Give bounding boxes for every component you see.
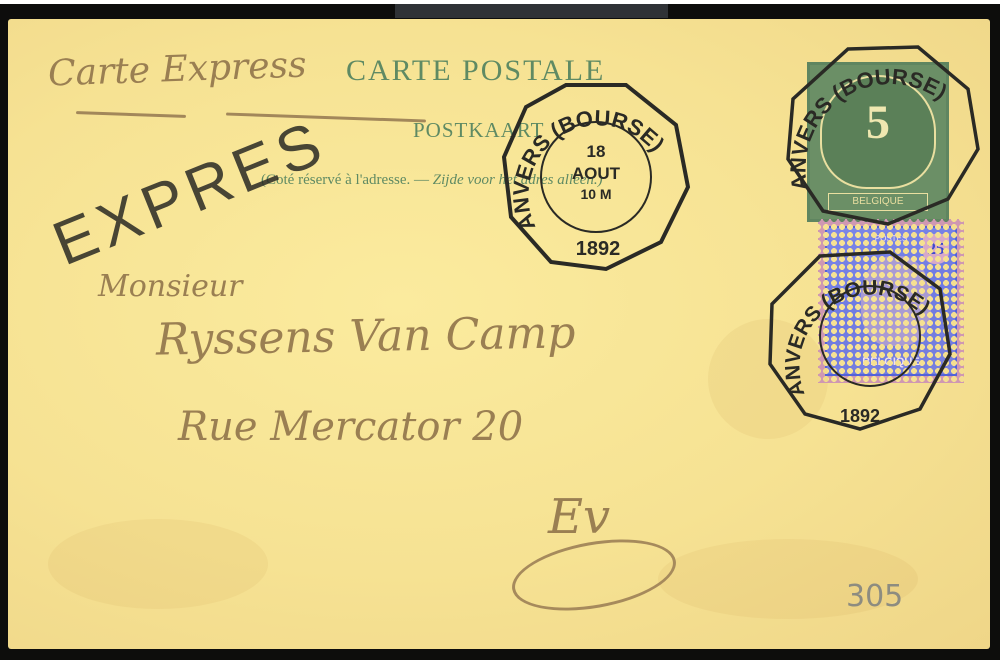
city-flourish bbox=[507, 528, 682, 622]
recipient-name: Ryssens Van Camp bbox=[156, 307, 576, 365]
postmark-imprint: ANVERS (BOURSE) bbox=[778, 39, 988, 229]
postmark-hour: 10 M bbox=[580, 186, 611, 202]
stamp-label: POSTES bbox=[867, 234, 915, 243]
pencil-note: 305 bbox=[846, 579, 903, 614]
postmark-stamp: ANVERS (BOURSE) 1892 bbox=[760, 244, 960, 434]
postmark-center: ANVERS (BOURSE) 18 AOUT 10 M 1892 bbox=[496, 77, 696, 277]
scanner-tab bbox=[395, 4, 668, 18]
handwritten-carte-express: Carte Express bbox=[47, 45, 307, 95]
postmark-year: 1892 bbox=[840, 406, 880, 426]
stain bbox=[48, 519, 268, 609]
postmark-day: 18 bbox=[587, 142, 606, 161]
recipient-city: Ev bbox=[548, 489, 610, 545]
postal-card: CARTE POSTALE POSTKAART (Coté réservé à … bbox=[8, 19, 990, 649]
postmark-year: 1892 bbox=[576, 238, 621, 260]
underline bbox=[76, 111, 186, 118]
underline bbox=[226, 113, 426, 123]
svg-text:ANVERS (BOURSE): ANVERS (BOURSE) bbox=[781, 276, 934, 399]
postmark-name: ANVERS (BOURSE) bbox=[781, 276, 934, 399]
salutation: Monsieur bbox=[98, 269, 243, 304]
recipient-street: Rue Mercator 20 bbox=[178, 404, 523, 450]
express-handstamp: EXPRES bbox=[43, 106, 336, 280]
postmark-month: AOUT bbox=[572, 164, 621, 183]
